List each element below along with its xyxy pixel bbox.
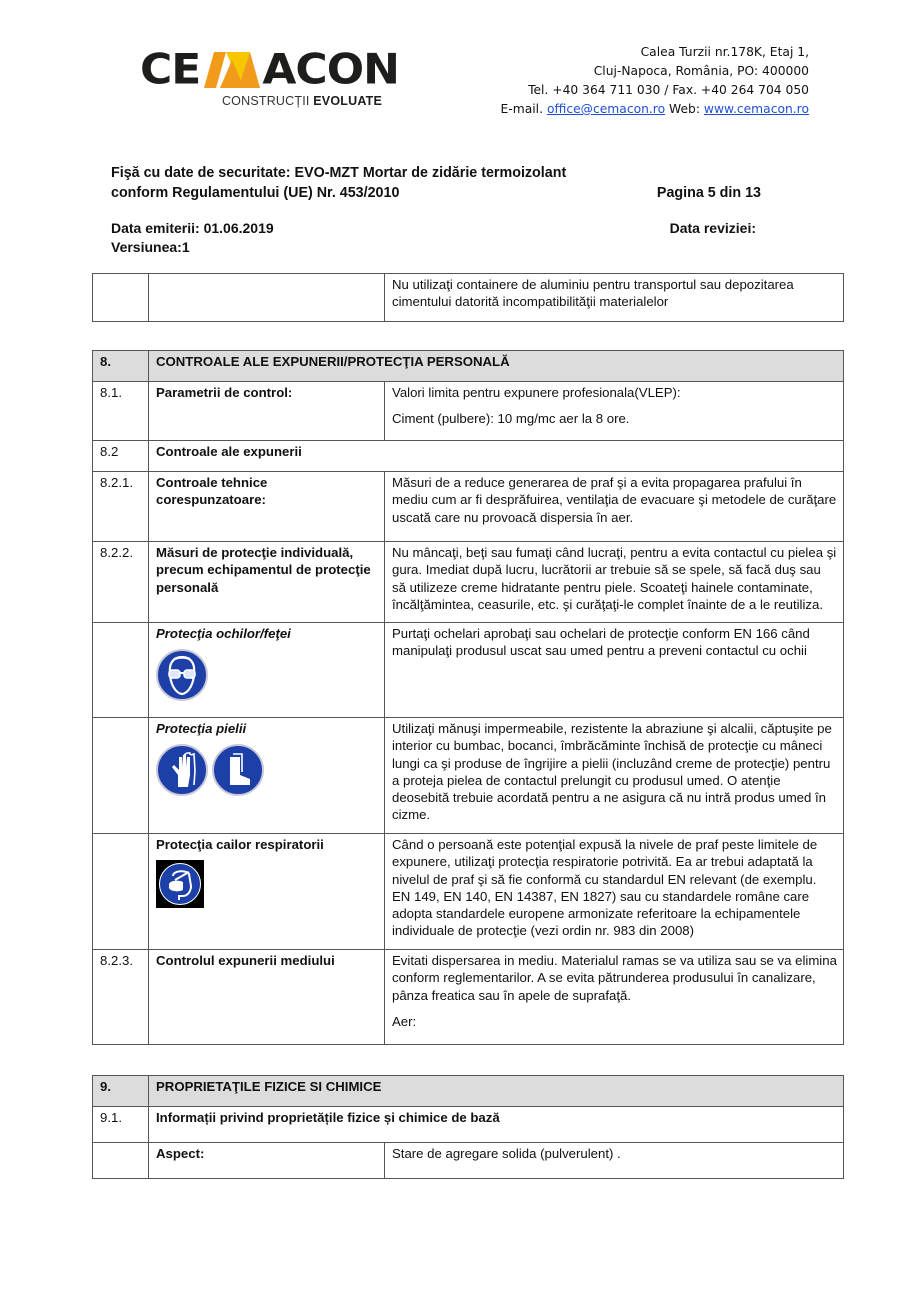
section-9-table: 9. PROPRIETAŢILE FIZICE SI CHIMICE 9.1. … [92, 1075, 844, 1179]
logo-m-mark-icon [204, 52, 260, 88]
website-link[interactable]: www.cemacon.ro [704, 102, 809, 116]
table-row: 9.1. Informații privind proprietățile fi… [93, 1107, 844, 1143]
table-row: 8.2.1. Controale tehnice corespunzatoare… [93, 472, 844, 542]
table-row: Protecţia pielii Utilizaţi mănuşi imperm… [93, 718, 844, 834]
logo-text-right: ACON [262, 51, 399, 89]
address-city: Cluj-Napoca, România, PO: 400000 [501, 62, 809, 81]
table-row: 8.2.2. Măsuri de protecţie individuală, … [93, 542, 844, 623]
gloves-icon [156, 744, 208, 796]
table-row: Nu utilizaţi containere de aluminiu pent… [93, 274, 844, 322]
table-row: Protecţia ochilor/feţei Purtaţi ochelari… [93, 623, 844, 718]
eye-protection-icon [156, 649, 208, 701]
address-contact: E-mail. office@cemacon.ro Web: www.cemac… [501, 100, 809, 119]
logo-text-left: CE [140, 51, 200, 89]
boots-icon [212, 744, 264, 796]
revision-date: Data reviziei: [670, 219, 756, 238]
document-meta: Data emiterii: 01.06.2019 Data reviziei:… [111, 219, 756, 257]
document-title: Fişă cu date de securitate: EVO-MZT Mort… [111, 163, 761, 203]
table-row: 8.2.3. Controlul expunerii mediului Evit… [93, 950, 844, 1045]
section-header: 9. PROPRIETAŢILE FIZICE SI CHIMICE [93, 1076, 844, 1107]
company-address: Calea Turzii nr.178K, Etaj 1, Cluj-Napoc… [501, 43, 809, 119]
section-8-table: 8. CONTROALE ALE EXPUNERII/PROTECŢIA PER… [92, 350, 844, 1045]
version: Versiunea:1 [111, 238, 756, 257]
issue-date: Data emiterii: 01.06.2019 [111, 219, 274, 238]
page-number: Pagina 5 din 13 [657, 183, 761, 203]
table-row: Protecţia cailor respiratorii Când o per… [93, 834, 844, 950]
respirator-icon [156, 860, 204, 908]
logo-tagline: CONSTRUCȚII EVOLUATE [222, 94, 382, 108]
table-row: 8.2 Controale ale expunerii [93, 441, 844, 472]
email-link[interactable]: office@cemacon.ro [547, 102, 665, 116]
table-row: Aspect: Stare de agregare solida (pulver… [93, 1143, 844, 1179]
address-phone: Tel. +40 364 711 030 / Fax. +40 264 704 … [501, 81, 809, 100]
company-logo: CE ACON CONSTRUCȚII EVOLUATE [140, 50, 390, 112]
address-line: Calea Turzii nr.178K, Etaj 1, [501, 43, 809, 62]
section-header: 8. CONTROALE ALE EXPUNERII/PROTECŢIA PER… [93, 351, 844, 382]
table-continuation: Nu utilizaţi containere de aluminiu pent… [92, 273, 844, 322]
table-row: 8.1. Parametrii de control: Valori limit… [93, 382, 844, 441]
